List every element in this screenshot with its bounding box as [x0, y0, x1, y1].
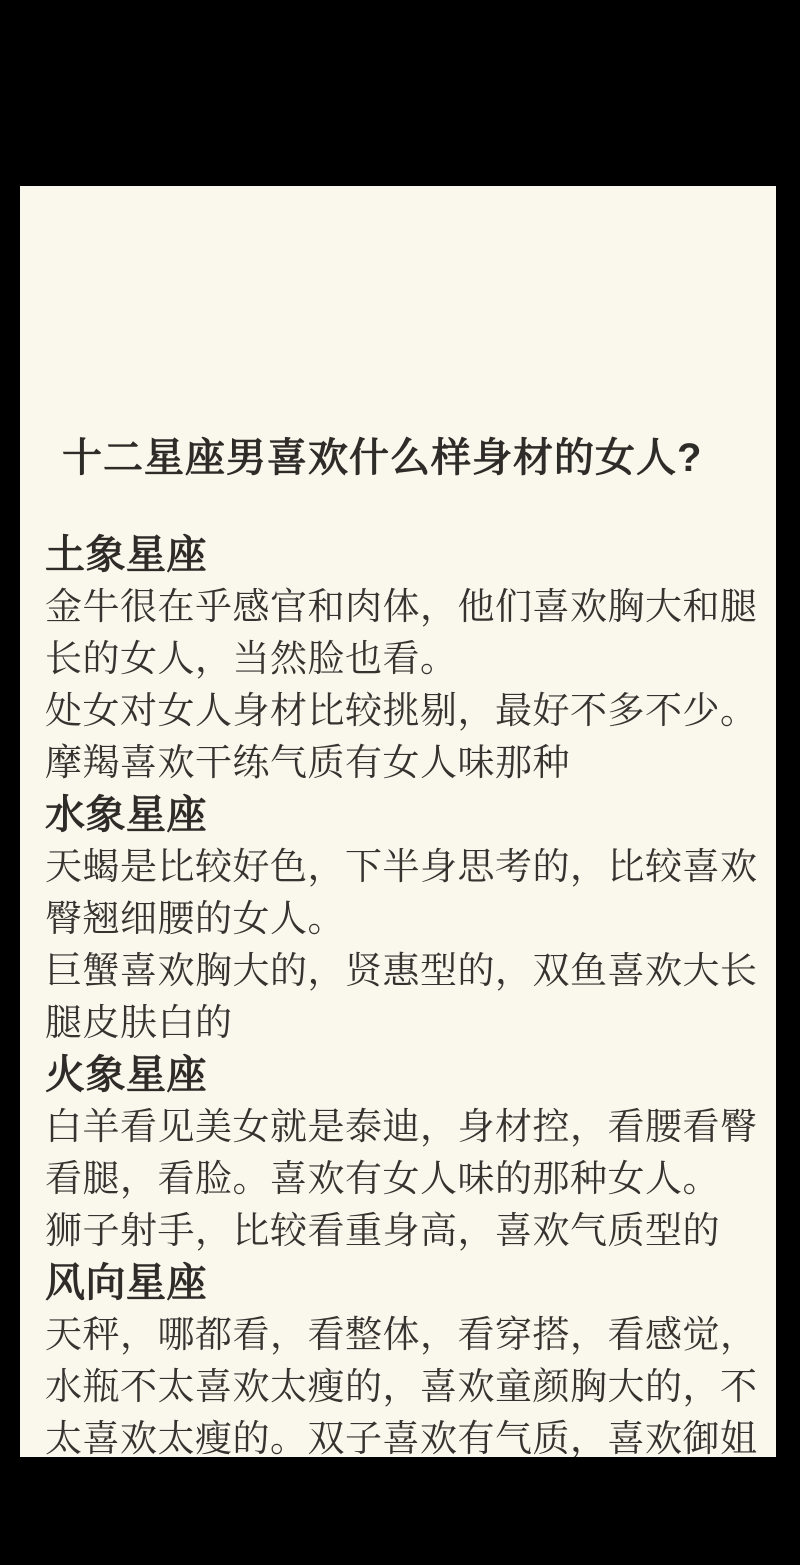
text-line: 天秤，哪都看，看整体，看穿搭，看感觉，: [45, 1309, 766, 1361]
section-heading-water-signs: 水象星座: [45, 789, 766, 841]
text-line: 白羊看见美女就是泰迪，身材控，看腰看臀: [45, 1101, 766, 1153]
text-line: 太喜欢太瘦的。双子喜欢有气质，喜欢御姐: [45, 1413, 766, 1457]
text-line: 看腿，看脸。喜欢有女人味的那种女人。: [45, 1153, 766, 1205]
text-line: 天蝎是比较好色，下半身思考的，比较喜欢: [45, 841, 766, 893]
section-heading-air-signs: 风向星座: [45, 1257, 766, 1309]
text-line: 处女对女人身材比较挑剔，最好不多不少。: [45, 685, 766, 737]
article-title: 十二星座男喜欢什么样身材的女人?: [62, 426, 702, 483]
text-line: 长的女人，当然脸也看。: [45, 633, 766, 685]
section-heading-earth-signs: 土象星座: [45, 529, 766, 581]
section-heading-fire-signs: 火象星座: [45, 1049, 766, 1101]
article-image: 十二星座男喜欢什么样身材的女人? 土象星座 金牛很在乎感官和肉体，他们喜欢胸大和…: [20, 186, 776, 1457]
text-line: 摩羯喜欢干练气质有女人味那种: [45, 737, 766, 789]
text-line: 狮子射手，比较看重身高，喜欢气质型的: [45, 1205, 766, 1257]
text-line: 巨蟹喜欢胸大的，贤惠型的，双鱼喜欢大长: [45, 945, 766, 997]
letterbox-background: { "page": { "background_color": "#000000…: [0, 0, 800, 1565]
text-line: 水瓶不太喜欢太瘦的，喜欢童颜胸大的，不: [45, 1361, 766, 1413]
text-line: 臀翘细腰的女人。: [45, 893, 766, 945]
text-line: 金牛很在乎感官和肉体，他们喜欢胸大和腿: [45, 581, 766, 633]
article-body: 土象星座 金牛很在乎感官和肉体，他们喜欢胸大和腿 长的女人，当然脸也看。 处女对…: [45, 529, 766, 1457]
text-line: 腿皮肤白的: [45, 997, 766, 1049]
